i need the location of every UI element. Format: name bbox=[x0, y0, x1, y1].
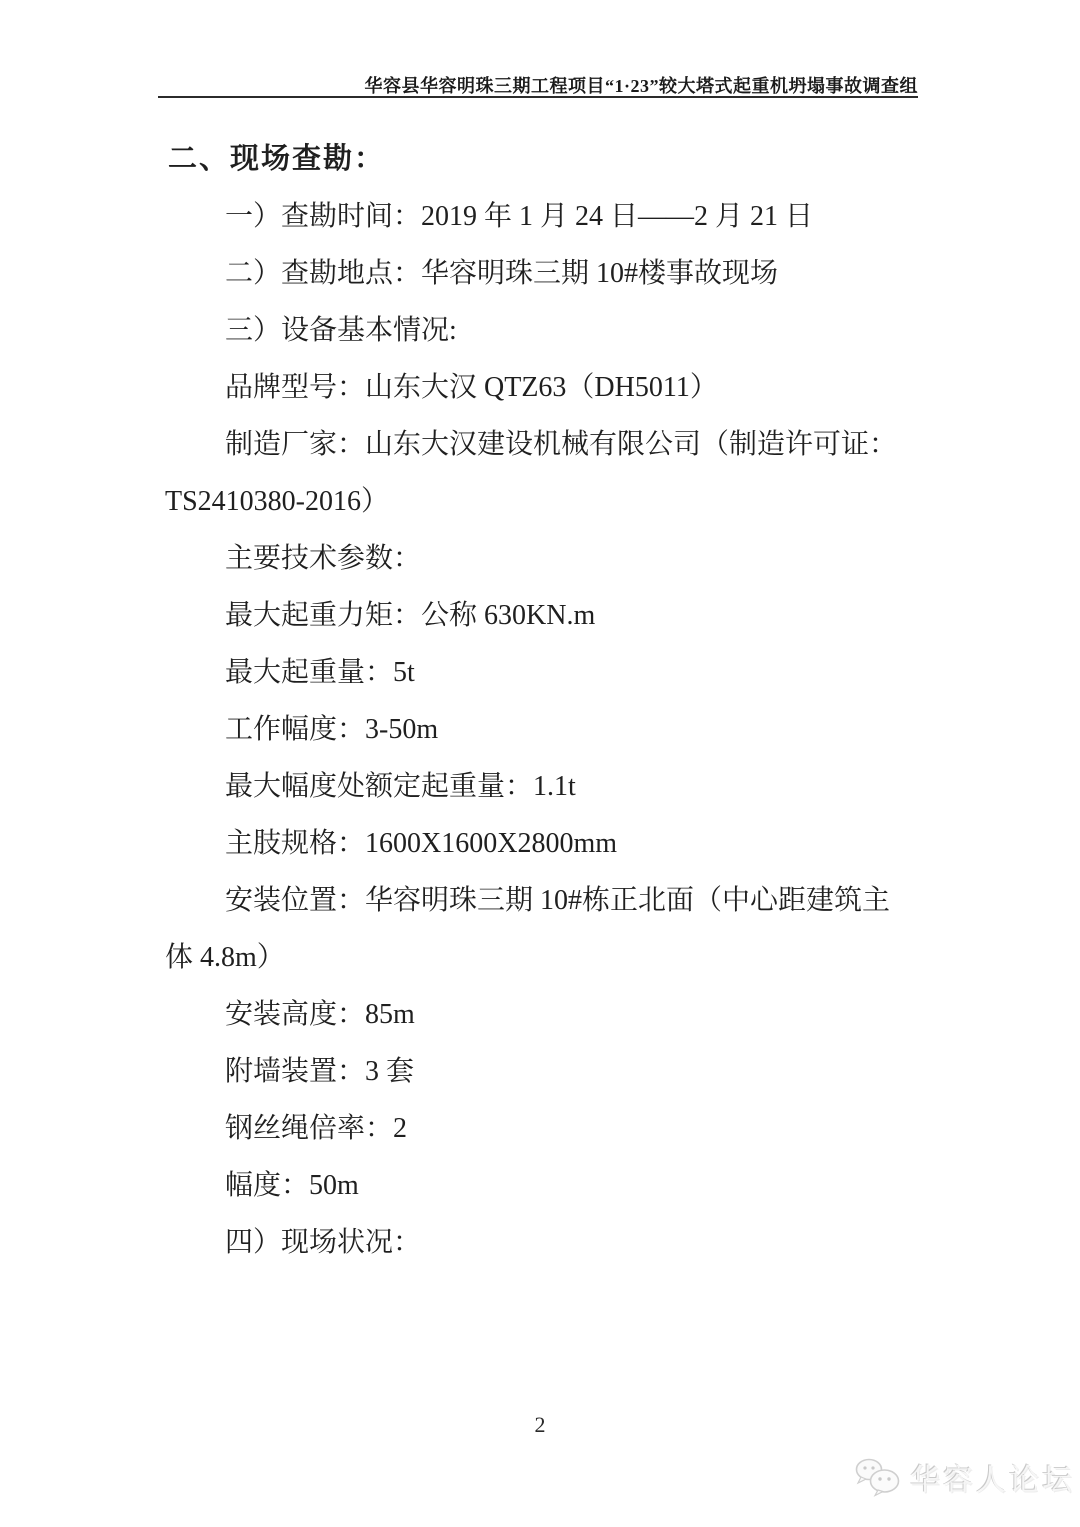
body-line: 主要技术参数： bbox=[165, 530, 935, 587]
body-line: 幅度：50m bbox=[165, 1157, 935, 1214]
body-line: 一）查勘时间：2019 年 1 月 24 日——2 月 21 日 bbox=[165, 188, 935, 245]
forum-watermark: 华容人论坛 bbox=[855, 1455, 1075, 1499]
document-page: 华容县华容明珠三期工程项目“1·23”较大塔式起重机坍塌事故调查组 二、现场查勘… bbox=[0, 0, 1080, 1527]
body-line: 钢丝绳倍率：2 bbox=[165, 1100, 935, 1157]
body-line: 三）设备基本情况: bbox=[165, 302, 935, 359]
body-line: 四）现场状况： bbox=[165, 1214, 935, 1271]
body-line: 安装位置：华容明珠三期 10#栋正北面（中心距建筑主 bbox=[165, 872, 935, 929]
section-heading: 二、现场查勘： bbox=[165, 131, 935, 188]
body-line: 二）查勘地点：华容明珠三期 10#楼事故现场 bbox=[165, 245, 935, 302]
body-line: 品牌型号：山东大汉 QTZ63（DH5011） bbox=[165, 359, 935, 416]
body-line: 最大起重量：5t bbox=[165, 644, 935, 701]
body-line: 工作幅度：3-50m bbox=[165, 701, 935, 758]
body-line: TS2410380-2016） bbox=[165, 473, 935, 530]
body-line: 安装高度：85m bbox=[165, 986, 935, 1043]
watermark-text: 华容人论坛 bbox=[910, 1455, 1075, 1499]
header-rule bbox=[158, 96, 918, 98]
body-line: 制造厂家：山东大汉建设机械有限公司（制造许可证： bbox=[165, 416, 935, 473]
body-line: 附墙装置：3 套 bbox=[165, 1043, 935, 1100]
body-line: 最大幅度处额定起重量：1.1t bbox=[165, 758, 935, 815]
document-body: 二、现场查勘： 一）查勘时间：2019 年 1 月 24 日——2 月 21 日… bbox=[165, 131, 935, 1271]
page-number: 2 bbox=[0, 1412, 1080, 1438]
body-line: 最大起重力矩：公称 630KN.m bbox=[165, 587, 935, 644]
body-line: 体 4.8m） bbox=[165, 929, 935, 986]
document-header-title: 华容县华容明珠三期工程项目“1·23”较大塔式起重机坍塌事故调查组 bbox=[158, 72, 918, 98]
wechat-icon bbox=[855, 1457, 901, 1497]
body-line: 主肢规格：1600X1600X2800mm bbox=[165, 815, 935, 872]
